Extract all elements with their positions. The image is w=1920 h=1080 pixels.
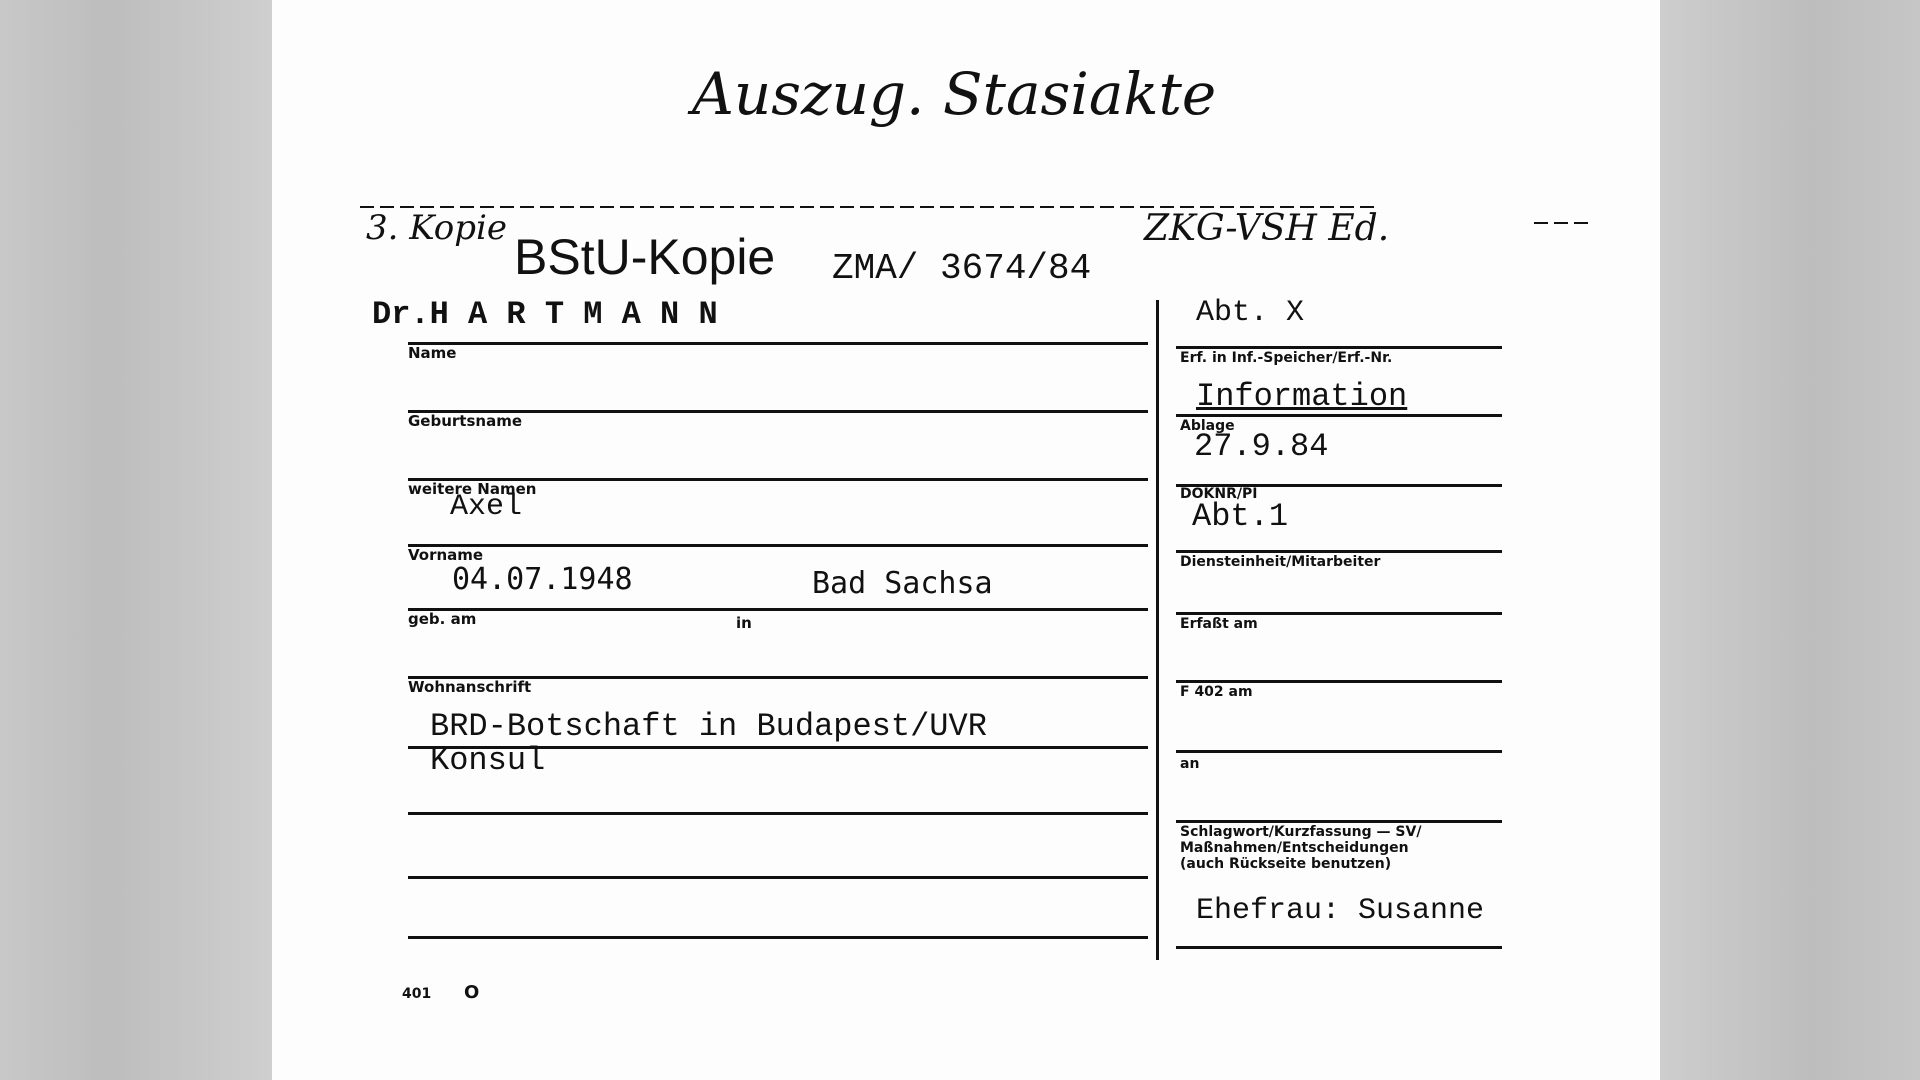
rule (1176, 612, 1502, 615)
rule (408, 812, 1148, 815)
rule (408, 876, 1148, 879)
f402-label: F 402 am (1180, 684, 1253, 700)
birthplace-value: Bad Sachsa (812, 566, 993, 601)
birthplace-label: in (736, 614, 752, 632)
birthdate-value: 04.07.1948 (452, 562, 633, 597)
inf-storage-value: Information (1196, 378, 1407, 415)
rule (408, 608, 1148, 611)
rule (1176, 550, 1502, 553)
ablage-value: 27.9.84 (1194, 428, 1328, 465)
top-border-fragment (1534, 222, 1594, 224)
unit-label: Diensteinheit/Mitarbeiter (1180, 554, 1380, 570)
rule (1176, 346, 1502, 349)
copy-note: 3. Kopie (366, 208, 507, 248)
handwritten-annotation: ZKG-VSH Ed. (1144, 208, 1389, 249)
rule (1176, 820, 1502, 823)
birthname-label: Geburtsname (408, 412, 522, 430)
rule (1176, 414, 1502, 417)
file-number: ZMA/ 3674/84 (832, 248, 1091, 289)
handwritten-title: Auszug. Stasiakte (692, 60, 1216, 128)
rule (1176, 946, 1502, 949)
address-line-2: Konsul (430, 742, 545, 779)
keyword-value: Ehefrau: Susanne (1196, 894, 1484, 928)
keyword-label: Schlagwort/Kurzfassung — SV/ Maßnahmen/E… (1180, 824, 1421, 872)
hole-mark: O (464, 982, 479, 1003)
name-value: Dr.H A R T M A N N (372, 296, 718, 333)
rule (408, 936, 1148, 939)
to-label: an (1180, 756, 1199, 772)
keyword-label-line-1: Schlagwort/Kurzfassung — SV/ (1180, 824, 1421, 840)
birthdate-label: geb. am (408, 610, 476, 628)
rule (1176, 750, 1502, 753)
department: Abt. X (1196, 296, 1304, 330)
blurred-background-right (1648, 0, 1920, 1080)
other-names-value: Axel (450, 490, 522, 524)
keyword-label-line-3: (auch Rückseite benutzen) (1180, 856, 1421, 872)
address-line-1: BRD-Botschaft in Budapest/UVR (430, 708, 987, 745)
address-label: Wohnanschrift (408, 678, 531, 696)
rule (1176, 680, 1502, 683)
column-divider (1156, 300, 1159, 960)
rule (408, 544, 1148, 547)
rule (408, 342, 1148, 345)
bstu-copy-stamp: BStU-Kopie (514, 228, 775, 286)
captured-label: Erfaßt am (1180, 616, 1258, 632)
keyword-label-line-2: Maßnahmen/Entscheidungen (1180, 840, 1421, 856)
form-number: 401 (402, 986, 431, 1002)
index-card-document: Auszug. Stasiakte 3. Kopie BStU-Kopie ZM… (272, 0, 1660, 1080)
inf-storage-label: Erf. in Inf.-Speicher/Erf.-Nr. (1180, 350, 1392, 366)
blurred-background-left (0, 0, 272, 1080)
doknr-value: Abt.1 (1192, 498, 1288, 535)
name-label: Name (408, 344, 456, 362)
